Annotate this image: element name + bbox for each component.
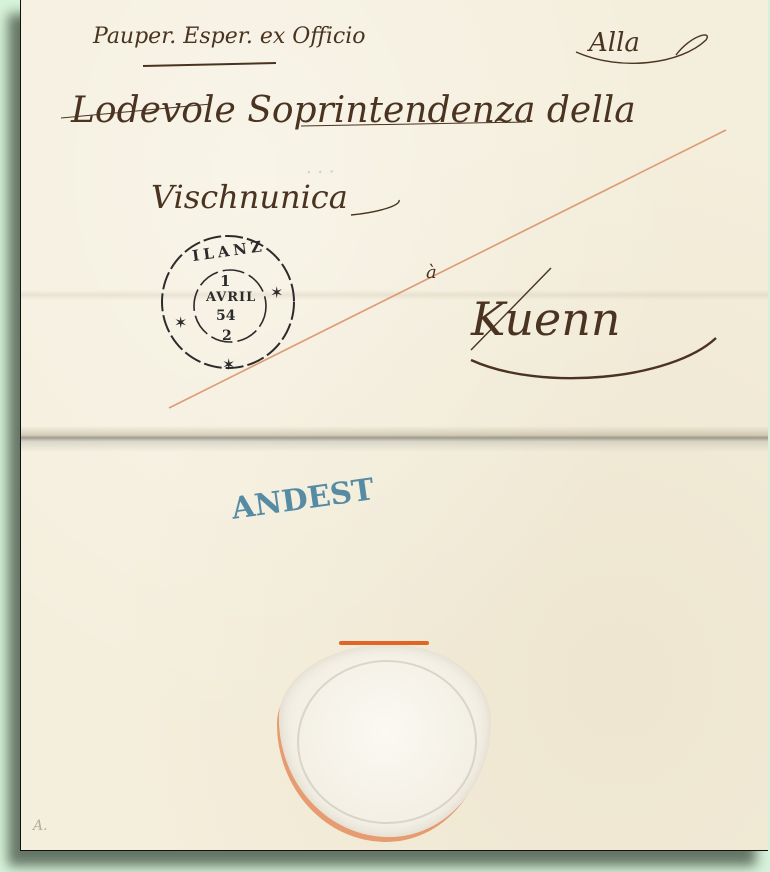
seal-impression-ring bbox=[297, 660, 477, 824]
destination-city: Kuenn bbox=[471, 292, 620, 346]
postmark-day: 1 bbox=[220, 272, 230, 290]
letter-paper: Pauper. Esper. ex Officio Alla Lodevole … bbox=[20, 0, 768, 851]
header-annotation: Pauper. Esper. ex Officio bbox=[93, 24, 366, 49]
preposition-a: à bbox=[426, 262, 437, 283]
postmark-year: 54 bbox=[216, 308, 235, 324]
blue-handstamp: ANDEST bbox=[229, 472, 376, 527]
star-ornament-right: ✶ bbox=[270, 283, 283, 302]
center-fold-crease bbox=[21, 426, 768, 452]
postmark-month: AVRIL bbox=[206, 290, 256, 305]
address-line-1: Lodevole Soprintendenza della bbox=[71, 90, 636, 131]
star-ornament-left: ✶ bbox=[174, 313, 187, 332]
salutation-alla: Alla bbox=[589, 28, 640, 58]
postmark-cancel: ✶ ✶ ✶ ILANZ 1 AVRIL 54 2 bbox=[158, 232, 298, 372]
upper-fold-crease bbox=[21, 290, 768, 300]
star-ornament-bottom: ✶ bbox=[222, 355, 235, 372]
address-line-2: Vischnunica bbox=[151, 178, 348, 216]
postmark-slot: 2 bbox=[222, 328, 232, 344]
pencil-note: A. bbox=[33, 818, 48, 834]
